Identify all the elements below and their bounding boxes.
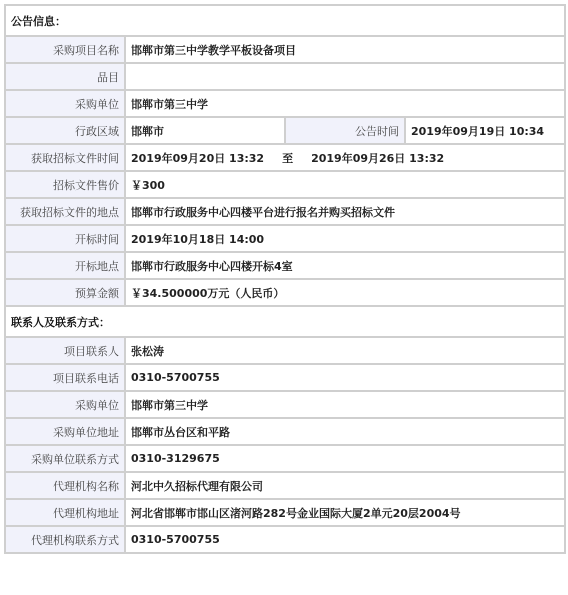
table-row: 代理机构联系方式 0310-5700755 (5, 526, 565, 553)
agency-address-value: 河北省邯郸市邯山区渚河路282号金业国际大厦2单元20层2004号 (125, 499, 565, 526)
project-name-value: 邯郸市第三中学教学平板设备项目 (125, 36, 565, 63)
agency-name-value: 河北中久招标代理有限公司 (125, 472, 565, 499)
category-value (125, 63, 565, 90)
field-label: 获取招标文件时间 (5, 144, 125, 171)
field-label: 采购单位 (5, 90, 125, 117)
field-label: 代理机构地址 (5, 499, 125, 526)
field-label: 项目联系人 (5, 337, 125, 364)
table-row: 采购单位 邯郸市第三中学 (5, 391, 565, 418)
field-label: 招标文件售价 (5, 171, 125, 198)
region-value: 邯郸市 (125, 117, 285, 144)
table-row: 开标地点 邯郸市行政服务中心四楼开标4室 (5, 252, 565, 279)
project-contact-value: 张松涛 (125, 337, 565, 364)
project-phone-value: 0310-5700755 (125, 364, 565, 391)
field-label: 代理机构联系方式 (5, 526, 125, 553)
field-label: 项目联系电话 (5, 364, 125, 391)
section-title: 联系人及联系方式： (5, 306, 565, 337)
table-row: 行政区域 邯郸市 公告时间 2019年09月19日 10:34 (5, 117, 565, 144)
field-label: 获取招标文件的地点 (5, 198, 125, 225)
table-row: 采购单位联系方式 0310-3129675 (5, 445, 565, 472)
field-label: 公告时间 (285, 117, 405, 144)
field-label: 预算金额 (5, 279, 125, 306)
table-row: 采购单位 邯郸市第三中学 (5, 90, 565, 117)
doc-period-start: 2019年09月20日 13:32 (131, 152, 264, 165)
table-row: 品目 (5, 63, 565, 90)
table-row: 招标文件售价 ￥300 (5, 171, 565, 198)
field-label: 采购单位联系方式 (5, 445, 125, 472)
purchaser-contact-value: 0310-3129675 (125, 445, 565, 472)
doc-period-end: 2019年09月26日 13:32 (311, 152, 444, 165)
announce-time-value: 2019年09月19日 10:34 (405, 117, 565, 144)
opening-time-value: 2019年10月18日 14:00 (125, 225, 565, 252)
opening-location-value: 邯郸市行政服务中心四楼开标4室 (125, 252, 565, 279)
field-label: 采购单位 (5, 391, 125, 418)
purchaser-value: 邯郸市第三中学 (125, 90, 565, 117)
doc-period-value: 2019年09月20日 13:32至2019年09月26日 13:32 (125, 144, 565, 171)
table-row: 采购项目名称 邯郸市第三中学教学平板设备项目 (5, 36, 565, 63)
doc-price-value: ￥300 (125, 171, 565, 198)
purchaser-name-value: 邯郸市第三中学 (125, 391, 565, 418)
field-label: 开标地点 (5, 252, 125, 279)
table-row: 获取招标文件时间 2019年09月20日 13:32至2019年09月26日 1… (5, 144, 565, 171)
table-row: 开标时间 2019年10月18日 14:00 (5, 225, 565, 252)
announcement-container: 公告信息： 采购项目名称 邯郸市第三中学教学平板设备项目 品目 采购单位 邯郸市… (4, 4, 564, 554)
field-label: 开标时间 (5, 225, 125, 252)
field-label: 行政区域 (5, 117, 125, 144)
table-row: 项目联系电话 0310-5700755 (5, 364, 565, 391)
table-row: 代理机构地址 河北省邯郸市邯山区渚河路282号金业国际大厦2单元20层2004号 (5, 499, 565, 526)
doc-location-value: 邯郸市行政服务中心四楼平台进行报名并购买招标文件 (125, 198, 565, 225)
section-header-announcement: 公告信息： (5, 5, 565, 36)
section-title: 公告信息： (5, 5, 565, 36)
table-row: 采购单位地址 邯郸市丛台区和平路 (5, 418, 565, 445)
budget-value: ￥34.500000万元（人民币） (125, 279, 565, 306)
section-header-contact: 联系人及联系方式： (5, 306, 565, 337)
field-label: 代理机构名称 (5, 472, 125, 499)
field-label: 采购单位地址 (5, 418, 125, 445)
field-label: 采购项目名称 (5, 36, 125, 63)
purchaser-address-value: 邯郸市丛台区和平路 (125, 418, 565, 445)
agency-contact-value: 0310-5700755 (125, 526, 565, 553)
announcement-table: 公告信息： 采购项目名称 邯郸市第三中学教学平板设备项目 品目 采购单位 邯郸市… (4, 4, 566, 554)
doc-period-separator: 至 (282, 152, 293, 165)
table-row: 获取招标文件的地点 邯郸市行政服务中心四楼平台进行报名并购买招标文件 (5, 198, 565, 225)
table-row: 预算金额 ￥34.500000万元（人民币） (5, 279, 565, 306)
field-label: 品目 (5, 63, 125, 90)
table-row: 项目联系人 张松涛 (5, 337, 565, 364)
table-row: 代理机构名称 河北中久招标代理有限公司 (5, 472, 565, 499)
